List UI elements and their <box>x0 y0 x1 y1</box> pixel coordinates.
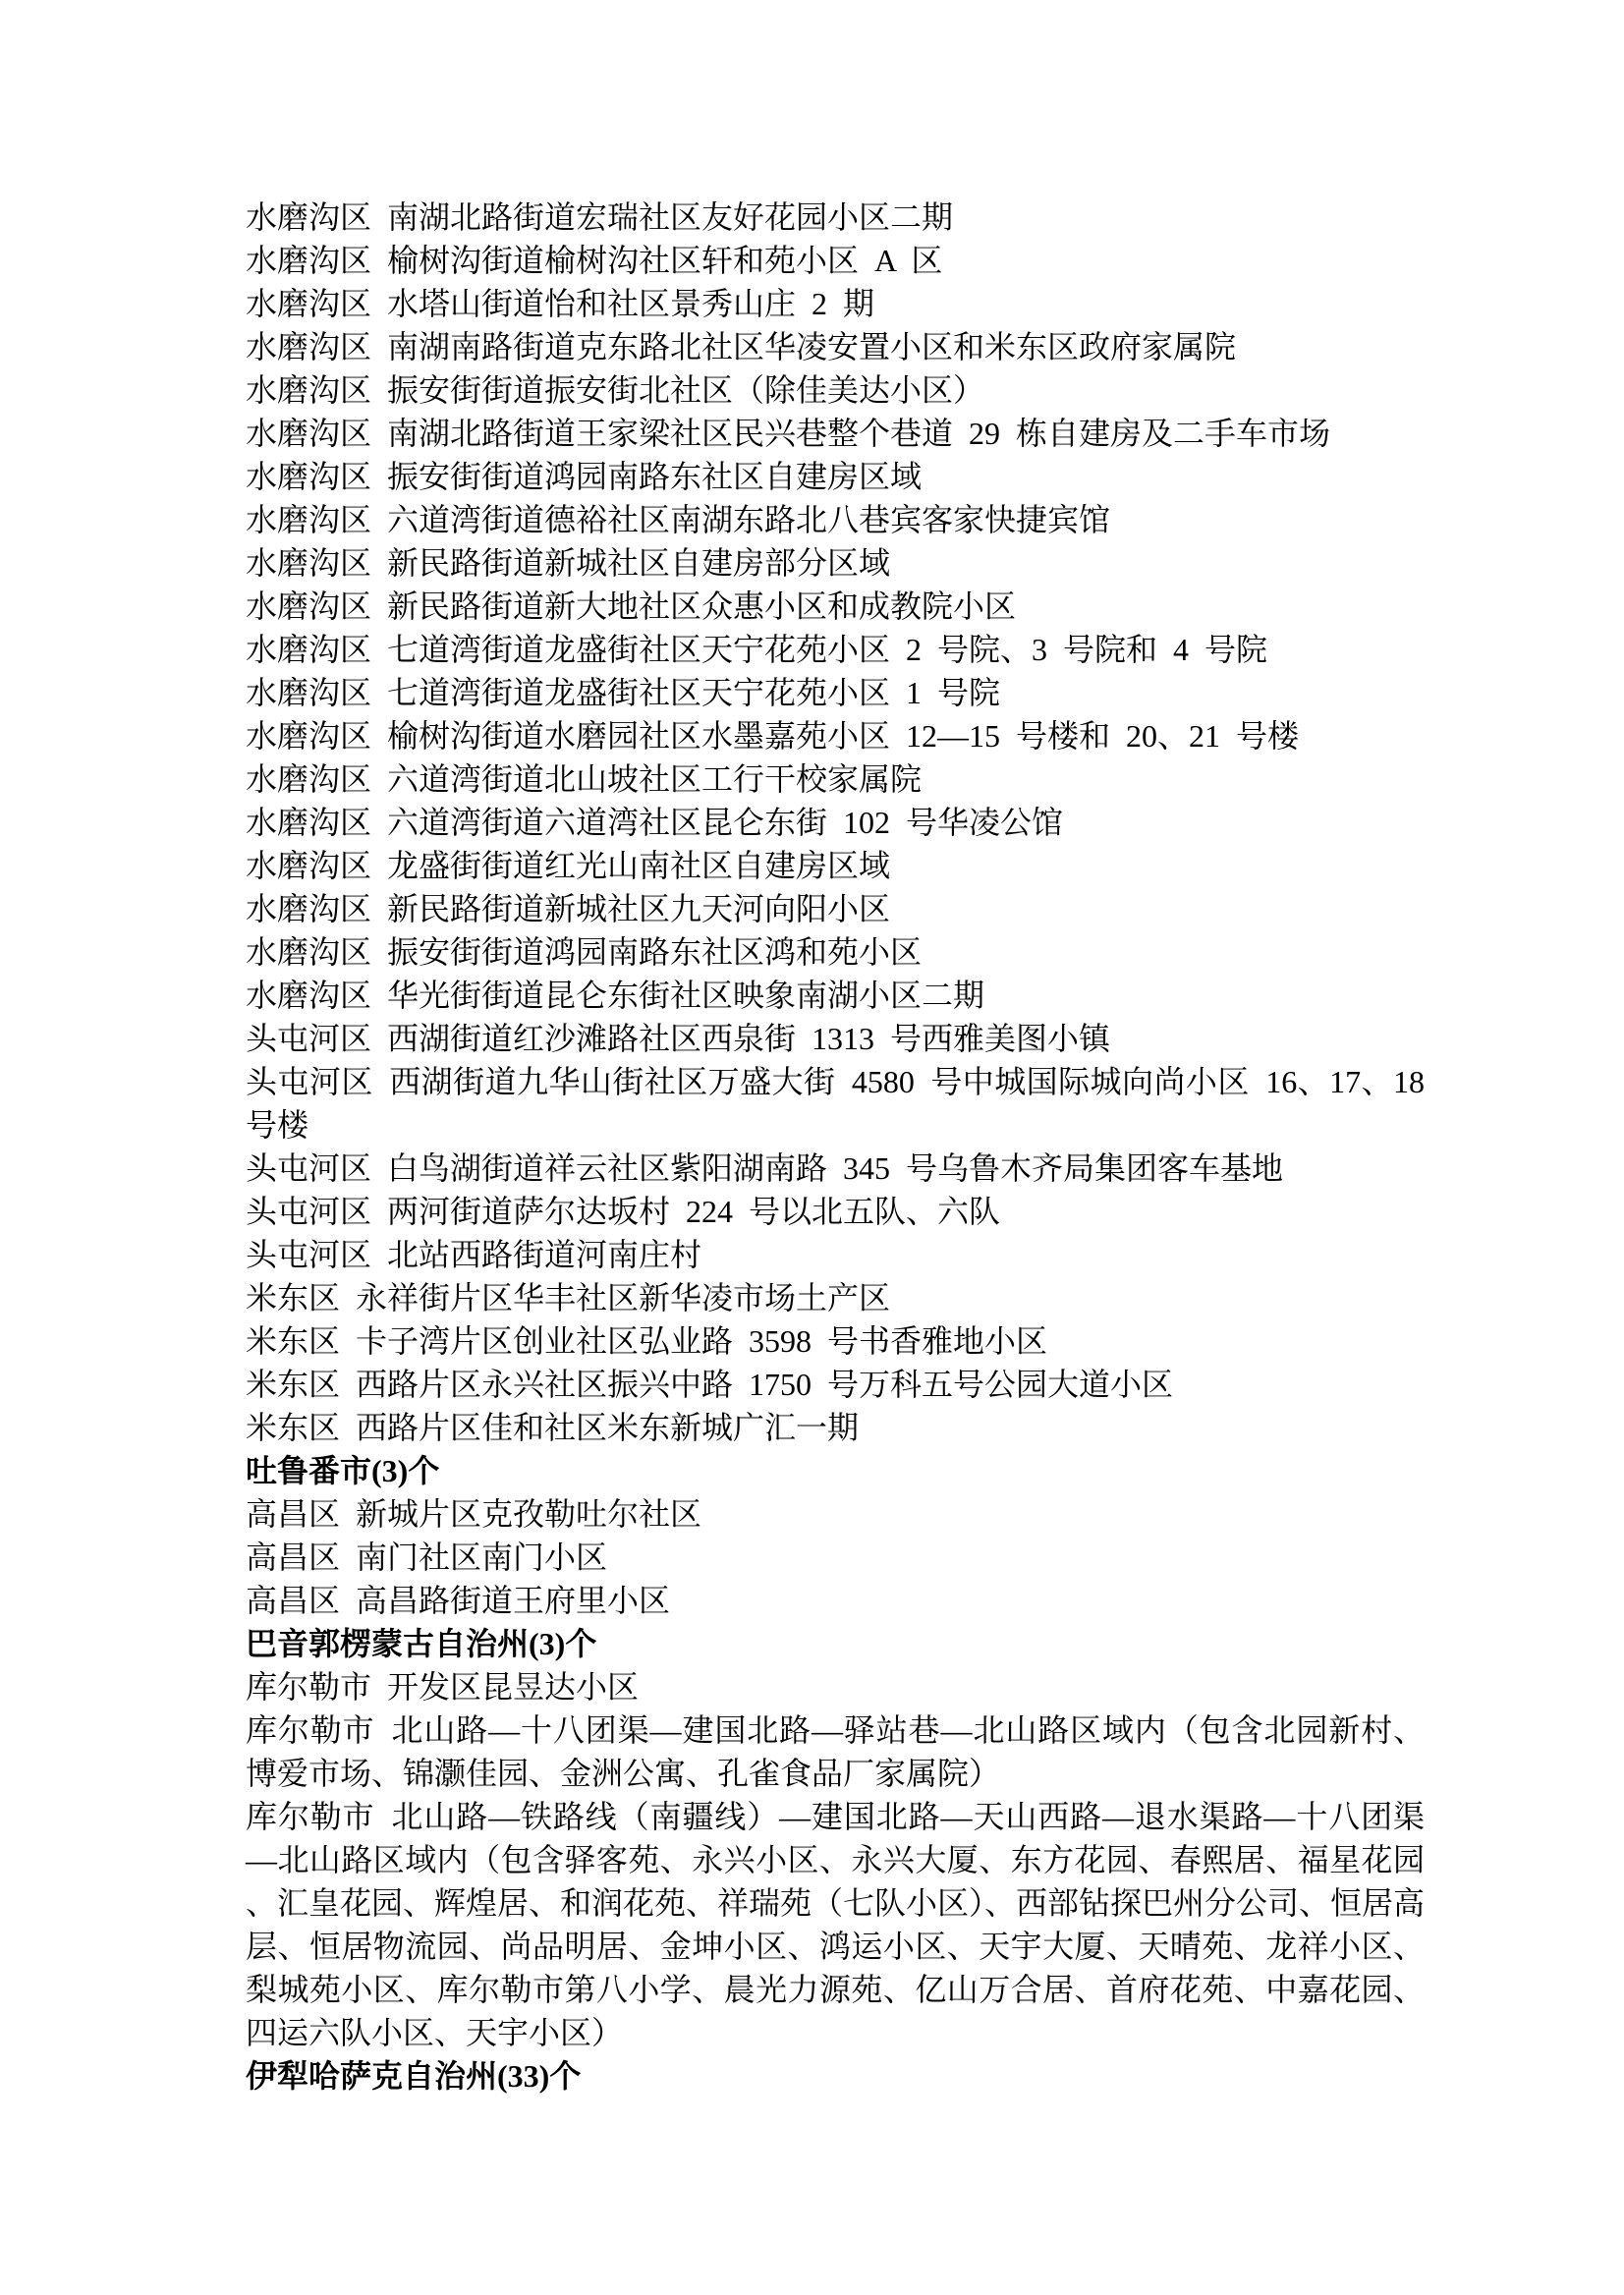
district-entry: 水磨沟区 龙盛街街道红光山南社区自建房区域 <box>246 844 1425 887</box>
district-entry: 高昌区 新城片区克孜勒吐尔社区 <box>246 1492 1425 1536</box>
district-gap <box>371 1194 387 1229</box>
district-gap <box>371 243 387 278</box>
district-entry: 水磨沟区 南湖北路街道王家梁社区民兴巷整个巷道 29 栋自建房及二手车市场 <box>246 412 1425 455</box>
location-text: 北山路—十八团渠—建国北路—驿站巷—北山路区域内（包含北园新村、博爱市场、锦灏佳… <box>246 1712 1425 1791</box>
district-name: 头屯河区 <box>246 1064 373 1099</box>
district-entry: 头屯河区 西湖街道九华山街社区万盛大街 4580 号中城国际城向尚小区 16、1… <box>246 1060 1425 1147</box>
location-text: 北山路—铁路线（南疆线）—建国北路—天山西路—退水渠路—十八团渠—北山路区域内（… <box>246 1799 1425 2050</box>
district-name: 水磨沟区 <box>246 632 371 667</box>
district-name: 高昌区 <box>246 1583 340 1618</box>
section-header: 伊犁哈萨克自治州(33)个 <box>246 2054 1425 2098</box>
district-gap <box>340 1410 356 1445</box>
district-name: 水磨沟区 <box>246 891 371 926</box>
location-text: 振安街街道鸿园南路东社区自建房区域 <box>387 459 922 494</box>
district-gap <box>371 761 387 797</box>
location-text: 六道湾街道德裕社区南湖东路北八巷宾客家快捷宾馆 <box>387 502 1110 537</box>
district-gap <box>371 934 387 970</box>
district-entry: 水磨沟区 新民路街道新城社区自建房部分区域 <box>246 541 1425 585</box>
district-entry: 水磨沟区 华光街街道昆仑东街社区映象南湖小区二期 <box>246 974 1425 1017</box>
district-name: 头屯河区 <box>246 1237 371 1272</box>
district-entry: 水磨沟区 六道湾街道德裕社区南湖东路北八巷宾客家快捷宾馆 <box>246 498 1425 541</box>
district-name: 库尔勒市 <box>246 1799 375 1834</box>
district-gap <box>371 848 387 883</box>
district-entry: 水磨沟区 六道湾街道北山坡社区工行干校家属院 <box>246 757 1425 801</box>
location-text: 永祥街片区华丰社区新华凌市场土产区 <box>356 1280 890 1315</box>
district-gap <box>371 286 387 321</box>
district-name: 水磨沟区 <box>246 459 371 494</box>
district-gap <box>371 588 387 624</box>
district-entry: 水磨沟区 榆树沟街道榆树沟社区轩和苑小区 A 区 <box>246 239 1425 282</box>
district-gap <box>340 1583 356 1618</box>
district-gap <box>371 1150 387 1186</box>
district-name: 米东区 <box>246 1280 340 1315</box>
section-header: 巴音郭楞蒙古自治州(3)个 <box>246 1622 1425 1665</box>
district-entry: 米东区 西路片区佳和社区米东新城广汇一期 <box>246 1406 1425 1449</box>
district-entry: 库尔勒市 北山路—铁路线（南疆线）—建国北路—天山西路—退水渠路—十八团渠—北山… <box>246 1795 1425 2054</box>
district-name: 高昌区 <box>246 1496 340 1532</box>
location-text: 开发区昆昱达小区 <box>387 1669 639 1705</box>
district-name: 水磨沟区 <box>246 502 371 537</box>
location-text: 西湖街道九华山街社区万盛大街 4580 号中城国际城向尚小区 16、17、18 … <box>246 1064 1425 1143</box>
district-gap <box>371 372 387 408</box>
location-text: 高昌路街道王府里小区 <box>356 1583 670 1618</box>
district-entry: 高昌区 南门社区南门小区 <box>246 1536 1425 1579</box>
district-gap <box>371 502 387 537</box>
location-text: 振安街街道振安街北社区（除佳美达小区） <box>387 372 984 408</box>
district-entry: 高昌区 高昌路街道王府里小区 <box>246 1579 1425 1622</box>
district-gap <box>340 1323 356 1359</box>
district-name: 水磨沟区 <box>246 545 371 581</box>
district-name: 水磨沟区 <box>246 372 371 408</box>
district-entry: 库尔勒市 开发区昆昱达小区 <box>246 1665 1425 1708</box>
district-entry: 头屯河区 西湖街道红沙滩路社区西泉街 1313 号西雅美图小镇 <box>246 1017 1425 1060</box>
district-gap <box>371 805 387 840</box>
district-entry: 水磨沟区 七道湾街道龙盛街社区天宁花苑小区 1 号院 <box>246 671 1425 714</box>
district-entry: 水磨沟区 六道湾街道六道湾社区昆仑东街 102 号华凌公馆 <box>246 801 1425 844</box>
location-text: 西湖街道红沙滩路社区西泉街 1313 号西雅美图小镇 <box>387 1021 1110 1056</box>
location-text: 振安街街道鸿园南路东社区鸿和苑小区 <box>387 934 922 970</box>
location-text: 新民路街道新城社区九天河向阳小区 <box>387 891 890 926</box>
location-text: 华光街街道昆仑东街社区映象南湖小区二期 <box>387 978 984 1013</box>
location-text: 七道湾街道龙盛街社区天宁花苑小区 2 号院、3 号院和 4 号院 <box>387 632 1267 667</box>
location-text: 南门社区南门小区 <box>356 1539 607 1575</box>
district-entry: 头屯河区 白鸟湖街道祥云社区紫阳湖南路 345 号乌鲁木齐局集团客车基地 <box>246 1147 1425 1190</box>
section-header-text: 伊犁哈萨克自治州(33)个 <box>246 2058 581 2094</box>
document-body: 水磨沟区 南湖北路街道宏瑞社区友好花园小区二期水磨沟区 榆树沟街道榆树沟社区轩和… <box>246 196 1425 2098</box>
district-name: 水磨沟区 <box>246 934 371 970</box>
district-name: 水磨沟区 <box>246 978 371 1013</box>
location-text: 卡子湾片区创业社区弘业路 3598 号书香雅地小区 <box>356 1323 1047 1359</box>
district-name: 水磨沟区 <box>246 243 371 278</box>
district-gap <box>375 1799 392 1834</box>
district-gap <box>373 1064 389 1099</box>
location-text: 水塔山街道怡和社区景秀山庄 2 期 <box>387 286 874 321</box>
document-page: 水磨沟区 南湖北路街道宏瑞社区友好花园小区二期水磨沟区 榆树沟街道榆树沟社区轩和… <box>0 0 1624 2295</box>
location-text: 两河街道萨尔达坂村 224 号以北五队、六队 <box>387 1194 1000 1229</box>
district-entry: 头屯河区 北站西路街道河南庄村 <box>246 1233 1425 1276</box>
section-header: 吐鲁番市(3)个 <box>246 1449 1425 1492</box>
district-name: 水磨沟区 <box>246 416 371 451</box>
district-name: 水磨沟区 <box>246 588 371 624</box>
location-text: 七道湾街道龙盛街社区天宁花苑小区 1 号院 <box>387 675 1000 710</box>
district-gap <box>371 978 387 1013</box>
district-gap <box>371 718 387 754</box>
district-gap <box>371 459 387 494</box>
location-text: 新城片区克孜勒吐尔社区 <box>356 1496 701 1532</box>
district-entry: 米东区 卡子湾片区创业社区弘业路 3598 号书香雅地小区 <box>246 1319 1425 1363</box>
district-name: 水磨沟区 <box>246 718 371 754</box>
district-name: 水磨沟区 <box>246 675 371 710</box>
district-entry: 米东区 西路片区永兴社区振兴中路 1750 号万科五号公园大道小区 <box>246 1363 1425 1406</box>
district-entry: 米东区 永祥街片区华丰社区新华凌市场土产区 <box>246 1276 1425 1319</box>
district-name: 米东区 <box>246 1367 340 1402</box>
location-text: 榆树沟街道水磨园社区水墨嘉苑小区 12—15 号楼和 20、21 号楼 <box>387 718 1299 754</box>
district-gap <box>340 1539 356 1575</box>
district-name: 米东区 <box>246 1323 340 1359</box>
district-gap <box>371 199 387 235</box>
district-entry: 水磨沟区 七道湾街道龙盛街社区天宁花苑小区 2 号院、3 号院和 4 号院 <box>246 628 1425 671</box>
location-text: 西路片区永兴社区振兴中路 1750 号万科五号公园大道小区 <box>356 1367 1173 1402</box>
district-name: 水磨沟区 <box>246 805 371 840</box>
district-entry: 水磨沟区 南湖南路街道克东路北社区华凌安置小区和米东区政府家属院 <box>246 325 1425 368</box>
section-header-text: 吐鲁番市(3)个 <box>246 1453 439 1488</box>
district-gap <box>340 1367 356 1402</box>
district-entry: 水磨沟区 振安街街道鸿园南路东社区自建房区域 <box>246 455 1425 498</box>
district-name: 库尔勒市 <box>246 1669 371 1705</box>
location-text: 南湖北路街道王家梁社区民兴巷整个巷道 29 栋自建房及二手车市场 <box>387 416 1330 451</box>
district-entry: 水磨沟区 榆树沟街道水磨园社区水墨嘉苑小区 12—15 号楼和 20、21 号楼 <box>246 714 1425 757</box>
district-entry: 水磨沟区 水塔山街道怡和社区景秀山庄 2 期 <box>246 282 1425 325</box>
district-name: 水磨沟区 <box>246 199 371 235</box>
location-text: 六道湾街道北山坡社区工行干校家属院 <box>387 761 922 797</box>
district-name: 头屯河区 <box>246 1150 371 1186</box>
location-text: 南湖南路街道克东路北社区华凌安置小区和米东区政府家属院 <box>387 329 1236 364</box>
location-text: 榆树沟街道榆树沟社区轩和苑小区 A 区 <box>387 243 942 278</box>
location-text: 六道湾街道六道湾社区昆仑东街 102 号华凌公馆 <box>387 805 1063 840</box>
district-entry: 库尔勒市 北山路—十八团渠—建国北路—驿站巷—北山路区域内（包含北园新村、博爱市… <box>246 1708 1425 1795</box>
district-entry: 头屯河区 两河街道萨尔达坂村 224 号以北五队、六队 <box>246 1190 1425 1233</box>
district-gap <box>371 1669 387 1705</box>
district-gap <box>371 1021 387 1056</box>
district-gap <box>371 1237 387 1272</box>
district-entry: 水磨沟区 振安街街道振安街北社区（除佳美达小区） <box>246 368 1425 412</box>
section-header-text: 巴音郭楞蒙古自治州(3)个 <box>246 1626 596 1661</box>
district-name: 头屯河区 <box>246 1021 371 1056</box>
district-name: 水磨沟区 <box>246 329 371 364</box>
district-name: 高昌区 <box>246 1539 340 1575</box>
district-entry: 水磨沟区 新民路街道新城社区九天河向阳小区 <box>246 887 1425 930</box>
district-gap <box>340 1280 356 1315</box>
district-entry: 水磨沟区 新民路街道新大地社区众惠小区和成教院小区 <box>246 585 1425 628</box>
district-gap <box>340 1496 356 1532</box>
district-name: 头屯河区 <box>246 1194 371 1229</box>
district-name: 水磨沟区 <box>246 286 371 321</box>
district-name: 库尔勒市 <box>246 1712 375 1748</box>
location-text: 龙盛街街道红光山南社区自建房区域 <box>387 848 890 883</box>
district-gap <box>375 1712 392 1748</box>
district-name: 水磨沟区 <box>246 761 371 797</box>
location-text: 北站西路街道河南庄村 <box>387 1237 701 1272</box>
location-text: 新民路街道新大地社区众惠小区和成教院小区 <box>387 588 1016 624</box>
district-gap <box>371 891 387 926</box>
location-text: 新民路街道新城社区自建房部分区域 <box>387 545 890 581</box>
district-name: 水磨沟区 <box>246 848 371 883</box>
district-entry: 水磨沟区 振安街街道鸿园南路东社区鸿和苑小区 <box>246 930 1425 974</box>
location-text: 南湖北路街道宏瑞社区友好花园小区二期 <box>387 199 953 235</box>
district-gap <box>371 329 387 364</box>
district-gap <box>371 675 387 710</box>
location-text: 白鸟湖街道祥云社区紫阳湖南路 345 号乌鲁木齐局集团客车基地 <box>387 1150 1283 1186</box>
district-gap <box>371 632 387 667</box>
location-text: 西路片区佳和社区米东新城广汇一期 <box>356 1410 859 1445</box>
district-gap <box>371 416 387 451</box>
district-gap <box>371 545 387 581</box>
district-name: 米东区 <box>246 1410 340 1445</box>
district-entry: 水磨沟区 南湖北路街道宏瑞社区友好花园小区二期 <box>246 196 1425 239</box>
